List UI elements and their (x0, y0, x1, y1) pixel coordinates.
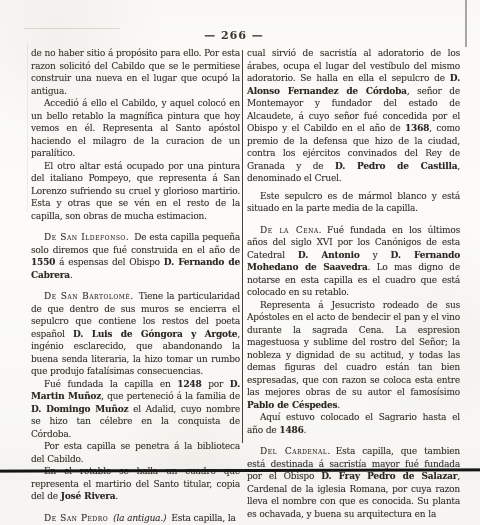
section-heading: De San Bartolomé. (44, 292, 134, 302)
section-heading: Del Cardenal. (260, 447, 331, 457)
proper-name-bold: 1368 (405, 124, 429, 134)
page-number: — 266 — (0, 29, 468, 42)
proper-name-bold: 1248 (177, 380, 201, 390)
paragraph: de no haber sitio á propósito para ello.… (31, 48, 240, 98)
right-text-column: cual sirvió de sacristía al adoratorio d… (247, 48, 460, 480)
paragraph: Aquí estuvo colocado el Sagrario hasta e… (247, 412, 460, 437)
section-heading: De la Cena. (260, 226, 322, 236)
proper-name-bold: D. Fray Pedro de Salazar (321, 472, 457, 480)
proper-name-bold: D. Pedro de Castilla (335, 162, 457, 172)
column-divider-rule (242, 50, 243, 443)
left-text-column: de no haber sitio á propósito para ello.… (31, 48, 240, 480)
proper-name-bold: Pablo de Céspedes (247, 401, 337, 411)
proper-name-bold: 1486 (279, 426, 303, 436)
section-heading: De San Ildefonso. (44, 233, 129, 243)
paragraph: El otro altar está ocupado por una pintu… (31, 161, 240, 224)
proper-name-bold: D. Antonio (298, 251, 360, 261)
proper-name-bold: D. Alonso Fernandez de Córdoba (247, 74, 460, 97)
paragraph: Accedió á ello el Cabildo, y aquel coloc… (31, 98, 240, 161)
proper-name-bold: D. Luis de Góngora y Argote (73, 330, 237, 340)
scan-artifact-left-line (27, 42, 28, 212)
proper-name-bold: 1550 (31, 258, 55, 268)
section-paragraph: De San Bartolomé.Tiene la particularidad… (31, 291, 240, 379)
section-paragraph: Del Cardenal.Esta capilla, que tambien e… (247, 446, 460, 480)
section-paragraph: De la Cena.Fué fundada en los últimos añ… (247, 225, 460, 300)
section-paragraph: De San Ildefonso.De esta capilla pequeña… (31, 232, 240, 282)
paragraph: Fué fundada la capilla en 1248 por D. Ma… (31, 379, 240, 442)
proper-name-bold: D. Domingo Muñoz (31, 405, 128, 415)
scanned-book-page: — 266 — de no haber sitio á propósito pa… (0, 0, 480, 480)
paragraph: Este sepulcro es de mármol blanco y está… (247, 191, 460, 216)
paragraph: Representa á Jesucristo rodeado de sus A… (247, 300, 460, 413)
proper-name-bold: D. Fernando de Cabrera (31, 258, 240, 281)
paragraph: cual sirvió de sacristía al adoratorio d… (247, 48, 460, 186)
paragraph: Por esta capilla se penetra á la bibliot… (31, 441, 240, 466)
proper-name-bold: D. Martin Muñoz (31, 380, 240, 403)
